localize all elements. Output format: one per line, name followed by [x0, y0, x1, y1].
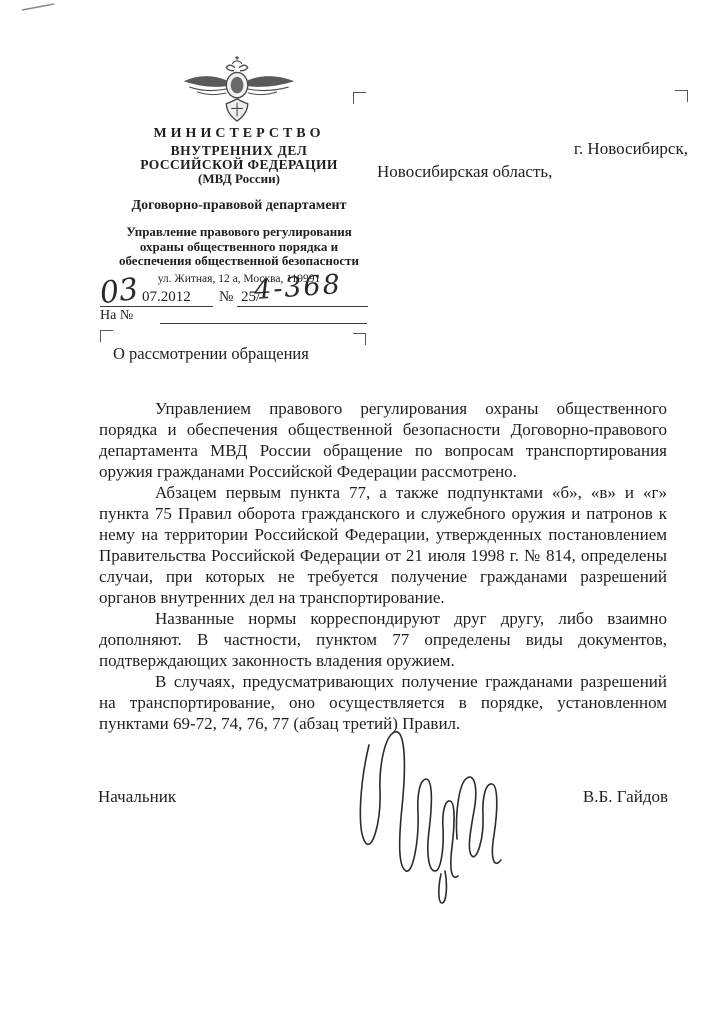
reply-to-number-label: На №: [100, 308, 133, 324]
date-underline: [100, 306, 213, 307]
number-underline: [237, 306, 368, 307]
subject-corner-mark-right-icon: [353, 333, 366, 345]
address-corner-mark-right-icon: [675, 90, 688, 102]
recipient-city: г. Новосибирск,: [400, 139, 688, 159]
division-line1: Управление правового регулирования: [95, 225, 383, 240]
body-paragraph-4: В случаях, предусматривающих получение г…: [99, 671, 667, 734]
letter-body: Управлением правового регулирования охра…: [99, 398, 667, 734]
recipient-region: Новосибирская область,: [377, 162, 552, 182]
printed-date: 07.2012: [142, 289, 191, 306]
body-paragraph-2: Абзацем первым пункта 77, а также подпун…: [99, 482, 667, 608]
division-name: Управление правового регулирования охран…: [95, 225, 383, 269]
address-corner-mark-left-icon: [353, 92, 366, 104]
scan-artifact-stroke: [16, 0, 116, 20]
signer-position: Начальник: [98, 787, 176, 807]
division-line3: обеспечения общественной безопасности: [95, 254, 383, 269]
reply-number-underline: [160, 323, 367, 324]
handwritten-outgoing-number: 4-368: [253, 269, 343, 306]
mvd-eagle-emblem-icon: [180, 54, 298, 124]
handwritten-signature: [355, 727, 507, 909]
ministry-abbreviation: (МВД России): [95, 171, 383, 187]
signer-name: В.Б. Гайдов: [510, 787, 668, 807]
body-paragraph-1: Управлением правового регулирования охра…: [99, 398, 667, 482]
department-name: Договорно-правовой департамент: [95, 198, 383, 214]
ministry-name-line1: МИНИСТЕРСТВО: [95, 126, 383, 142]
document-page: МИНИСТЕРСТВО ВНУТРЕННИХ ДЕЛ РОССИЙСКОЙ Ф…: [0, 0, 714, 1024]
letter-subject: О рассмотрении обращения: [113, 344, 309, 364]
division-line2: охраны общественного порядка и: [95, 240, 383, 255]
subject-corner-mark-left-icon: [100, 330, 113, 342]
number-sign: №: [219, 289, 233, 306]
body-paragraph-3: Названные нормы корреспондируют друг дру…: [99, 608, 667, 671]
